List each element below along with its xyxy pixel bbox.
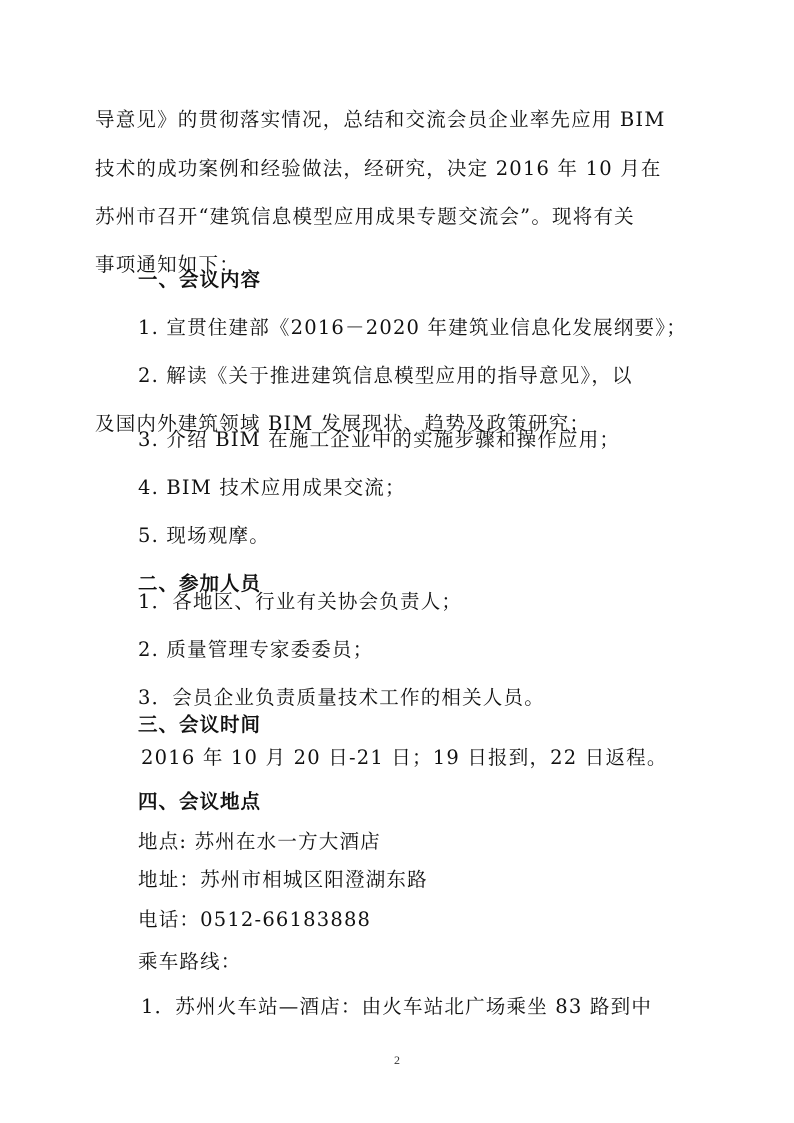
intro-line-3: 苏州市召开“建筑信息模型应用成果专题交流会”。现将有关 [95,205,635,229]
phone: 电话：0512-66183888 [138,908,371,932]
content-item-3: 3. 介绍 BIM 在施工企业中的实施步骤和操作应用； [138,428,620,452]
participant-item-1: 1．各地区、行业有关协会负责人； [138,590,462,614]
page-number: 2 [0,1053,794,1068]
section-heading-time: 三、会议时间 [138,713,261,737]
address: 地址：苏州市相城区阳澄湖东路 [138,868,428,892]
route-1: 1．苏州火车站—酒店：由火车站北广场乘坐 83 路到中 [141,995,652,1019]
section-heading-location: 四、会议地点 [138,790,261,814]
content-item-4: 4. BIM 技术应用成果交流； [138,476,406,500]
participant-item-2: 2. 质量管理专家委委员； [138,638,373,662]
content-item-1: 1. 宣贯住建部《2016－2020 年建筑业信息化发展纲要》； [138,316,687,340]
section-heading-content: 一、会议内容 [138,268,261,292]
meeting-time: 2016 年 10 月 20 日-21 日；19 日报到，22 日返程。 [141,746,668,770]
intro-line-2: 技术的成功案例和经验做法，经研究，决定 2016 年 10 月在 [95,157,662,181]
route-label: 乘车路线： [138,950,242,974]
content-item-2: 2. 解读《关于推进建筑信息模型应用的指导意见》，以 [138,364,633,388]
venue: 地点: 苏州在水一方大酒店 [138,830,381,854]
content-item-5: 5. 现场观摩。 [138,524,270,548]
participant-item-3: 3．会员企业负责质量技术工作的相关人员。 [138,686,545,710]
document-page: 导意见》的贯彻落实情况，总结和交流会员企业率先应用 BIM 技术的成功案例和经验… [0,0,794,1123]
intro-line-1: 导意见》的贯彻落实情况，总结和交流会员企业率先应用 BIM [95,108,666,132]
